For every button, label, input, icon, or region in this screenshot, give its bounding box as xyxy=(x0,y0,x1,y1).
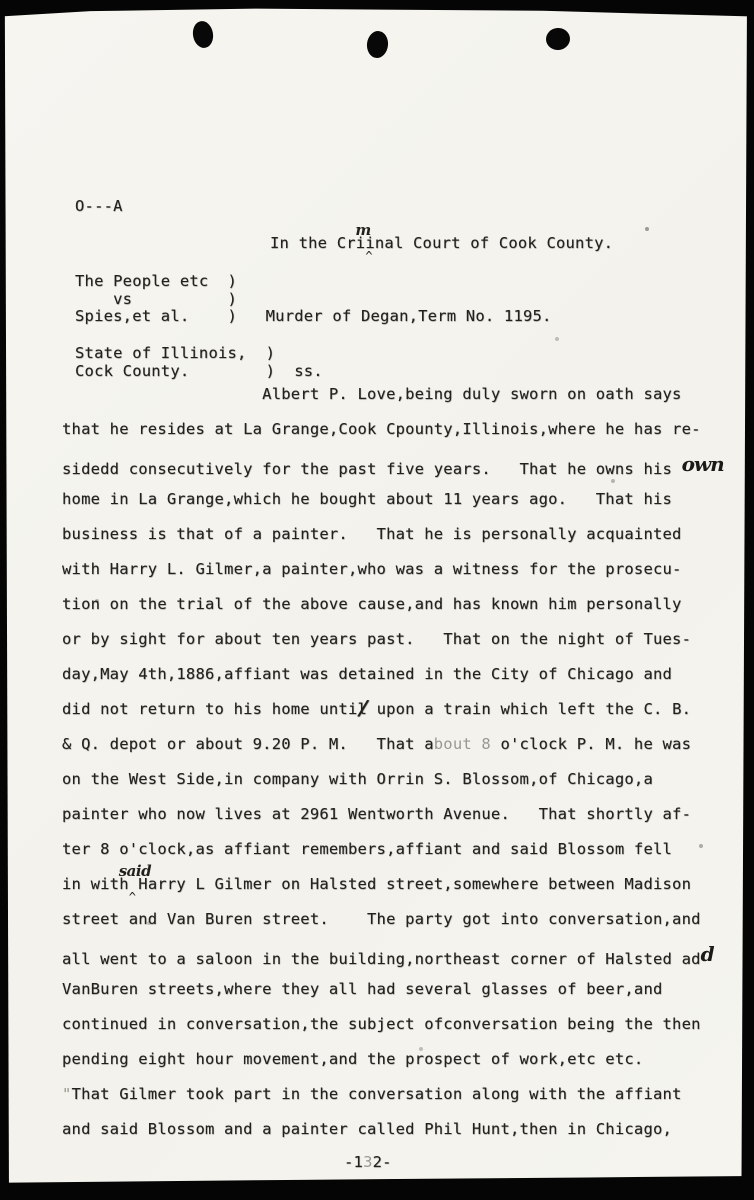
venue-block: State of Illinois, )Cock County. ) ss. xyxy=(75,344,323,380)
typed-text: l xyxy=(358,700,368,718)
typed-text: day,May 4th,1886,affiant was detained in… xyxy=(62,665,672,683)
body-line: and said Blossom and a painter called Ph… xyxy=(62,1120,742,1155)
typed-text: o'clock P. M. he was xyxy=(491,735,691,753)
handwritten-word: own xyxy=(682,452,724,476)
typed-text: did not return to his home unti xyxy=(62,700,358,718)
typed-text: or by sight for about ten years past. Th… xyxy=(62,630,691,648)
typed-text: nal Court of Cook County. xyxy=(375,234,613,252)
document-code: O---A xyxy=(75,197,123,215)
typed-text: & Q. depot or about 9.20 P. M. That a xyxy=(62,735,434,753)
typed-text: State of Illinois, ) xyxy=(75,344,275,362)
typed-text: In the Cri xyxy=(270,234,365,252)
punch-hole xyxy=(191,19,215,49)
typed-text: sidedd consecutively for the past five y… xyxy=(62,460,682,478)
typed-text: street and Van Buren street. The party g… xyxy=(62,910,701,928)
body-line: with Harry L. Gilmer,a painter,who was a… xyxy=(62,560,742,595)
scan-edge-top xyxy=(0,0,754,18)
handwritten-word: said xyxy=(119,862,151,880)
body-line: continued in conversation,the subject of… xyxy=(62,1015,742,1050)
court-title: In the Criim^nal Court of Cook County. xyxy=(270,234,613,269)
typed-text: 3 xyxy=(363,1153,373,1171)
body-line: in with said^Harry L Gilmer on Halsted s… xyxy=(62,875,742,910)
body-line: sidedd consecutively for the past five y… xyxy=(62,455,742,490)
body-line: that he resides at La Grange,Cook Cpount… xyxy=(62,420,742,455)
punch-hole xyxy=(366,30,390,59)
body-line: VanBuren streets,where they all had seve… xyxy=(62,980,742,1015)
typed-text: with Harry L. Gilmer,a painter,who was a… xyxy=(62,560,682,578)
body-line: Albert P. Love,being duly sworn on oath … xyxy=(62,385,742,420)
body-line: & Q. depot or about 9.20 P. M. That abou… xyxy=(62,735,742,770)
typed-text: painter who now lives at 2961 Wentworth … xyxy=(62,805,691,823)
venue-line: State of Illinois, ) xyxy=(75,344,323,362)
body-line: painter who now lives at 2961 Wentworth … xyxy=(62,805,742,840)
handwritten-insertion: im^ xyxy=(365,234,375,252)
typed-text: home in La Grange,which he bought about … xyxy=(62,490,672,508)
body-line: business is that of a painter. That he i… xyxy=(62,525,742,560)
typed-text: 2- xyxy=(373,1153,392,1171)
caption-line: The People etc ) xyxy=(75,272,552,290)
typed-text: vs ) xyxy=(75,290,237,308)
typed-text: that he resides at La Grange,Cook Cpount… xyxy=(62,420,701,438)
caption-line: Spies,et al. ) Murder of Degan,Term No. … xyxy=(75,307,552,325)
typed-text: all went to a saloon in the building,nor… xyxy=(62,950,701,968)
typed-text: Cock County. ) ss. xyxy=(75,362,323,380)
title-line: In the Criim^nal Court of Cook County. xyxy=(270,234,613,269)
page-number: -132- xyxy=(344,1153,392,1188)
caret-mark: ^ xyxy=(365,249,372,263)
handwritten-word: m xyxy=(355,221,370,239)
footer-line: -132- xyxy=(344,1153,392,1188)
typed-text: upon a train which left the C. B. xyxy=(367,700,691,718)
typed-text: Harry L Gilmer on Halsted street,somewhe… xyxy=(138,875,691,893)
body-line: street and Van Buren street. The party g… xyxy=(62,910,742,945)
typed-text: VanBuren streets,where they all had seve… xyxy=(62,980,663,998)
typed-text: bout 8 xyxy=(434,735,491,753)
body-text: Albert P. Love,being duly sworn on oath … xyxy=(62,385,742,1155)
body-line: all went to a saloon in the building,nor… xyxy=(62,945,742,980)
typed-text: Spies,et al. ) Murder of Degan,Term No. … xyxy=(75,307,552,325)
handwritten-insertion: said^ xyxy=(129,875,139,893)
punch-hole xyxy=(545,27,570,51)
scan-edge-left xyxy=(0,0,12,1200)
body-line: or by sight for about ten years past. Th… xyxy=(62,630,742,665)
body-line: tion on the trial of the above cause,and… xyxy=(62,595,742,630)
typed-text: pending eight hour movement,and the pros… xyxy=(62,1050,643,1068)
handwritten-word: d xyxy=(701,942,714,966)
caret-mark: ^ xyxy=(129,890,136,904)
body-line: ter 8 o'clock,as affiant remembers,affia… xyxy=(62,840,742,875)
typed-text: The People etc ) xyxy=(75,272,237,290)
typed-text: continued in conversation,the subject of… xyxy=(62,1015,701,1033)
scan-edge-right xyxy=(740,0,754,1200)
typed-text: ter 8 o'clock,as affiant remembers,affia… xyxy=(62,840,672,858)
scan-noise xyxy=(0,0,2,2)
typed-text: and said Blossom and a painter called Ph… xyxy=(62,1120,672,1138)
caption-line: vs ) xyxy=(75,290,552,308)
case-caption: The People etc ) vs )Spies,et al. ) Murd… xyxy=(75,272,552,325)
body-line: pending eight hour movement,and the pros… xyxy=(62,1050,742,1085)
typed-text: -1 xyxy=(344,1153,363,1171)
typed-text: business is that of a painter. That he i… xyxy=(62,525,682,543)
body-line: did not return to his home until upon a … xyxy=(62,700,742,735)
typed-text: Albert P. Love,being duly sworn on oath … xyxy=(62,385,682,403)
body-line: on the West Side,in company with Orrin S… xyxy=(62,770,742,805)
venue-line: Cock County. ) ss. xyxy=(75,362,323,380)
body-line: home in La Grange,which he bought about … xyxy=(62,490,742,525)
scanned-affidavit-page: O---A In the Criim^nal Court of Cook Cou… xyxy=(0,0,754,1200)
typed-text: on the West Side,in company with Orrin S… xyxy=(62,770,653,788)
body-line: day,May 4th,1886,affiant was detained in… xyxy=(62,665,742,700)
body-line: "That Gilmer took part in the conversati… xyxy=(62,1085,742,1120)
typed-text: That Gilmer took part in the conversatio… xyxy=(72,1085,682,1103)
typed-text: tion on the trial of the above cause,and… xyxy=(62,595,682,613)
typed-text: " xyxy=(62,1085,72,1103)
